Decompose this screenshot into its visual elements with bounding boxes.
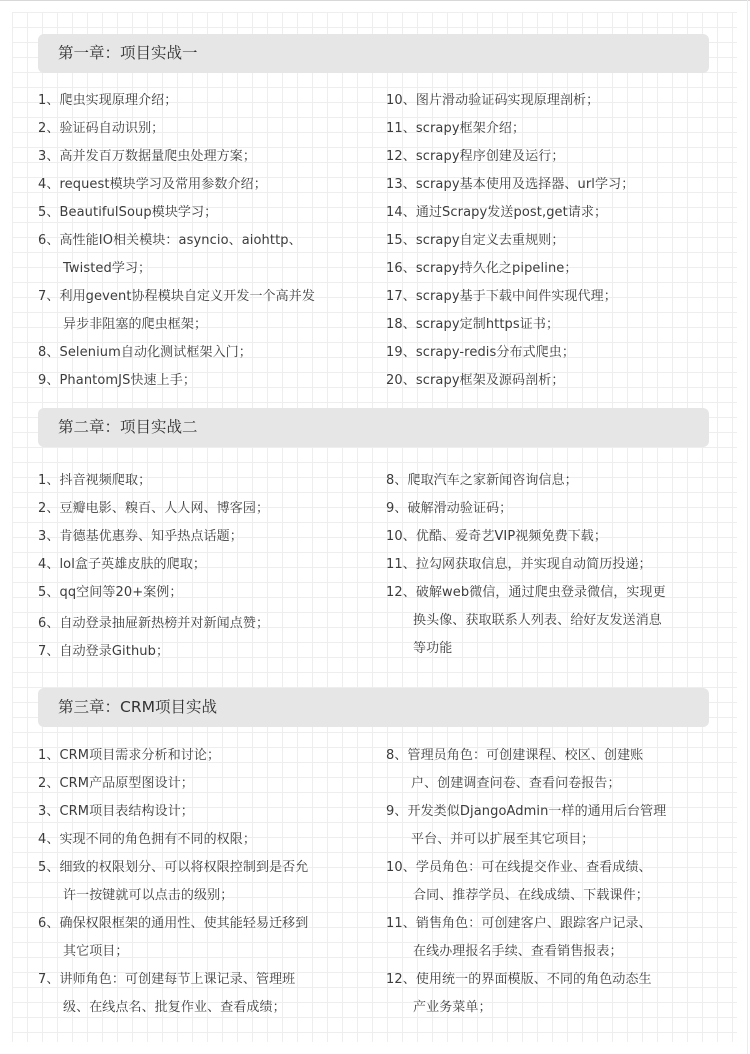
list-item: 3、高并发百万数据量爬虫处理方案；	[38, 143, 368, 171]
chapter-title: 第三章：CRM项目实战	[58, 688, 217, 727]
list-item: 3、肯德基优惠券、知乎热点话题；	[38, 523, 368, 551]
list-item: 2、CRM产品原型图设计；	[38, 770, 368, 798]
list-item: 8、Selenium自动化测试框架入门；	[38, 339, 368, 367]
chapter-2-header: 第二章：项目实战二	[38, 408, 709, 447]
chapter-title: 第一章：项目实战一	[58, 34, 198, 73]
list-item: 2、豆瓣电影、糗百、人人网、博客园；	[38, 495, 368, 523]
list-item: 11、拉勾网获取信息，并实现自动简历投递；	[386, 551, 716, 579]
list-item: 12、使用统一的界面模版、不同的角色动态生产业务菜单；	[386, 966, 716, 1022]
chapter-2-right-list: 8、爬取汽车之家新闻咨询信息； 9、破解滑动验证码； 10、优酷、爱奇艺VIP视…	[386, 467, 716, 663]
list-item: 12、scrapy程序创建及运行；	[386, 143, 716, 171]
list-item: 1、爬虫实现原理介绍；	[38, 87, 368, 115]
chapter-title: 第二章：项目实战二	[58, 408, 198, 447]
top-divider	[0, 0, 750, 1]
list-item: 6、自动登录抽屉新热榜并对新闻点赞；	[38, 610, 368, 638]
list-item: 5、BeautifulSoup模块学习；	[38, 199, 368, 227]
list-item: 5、qq空间等20+案例；	[38, 579, 368, 607]
list-item: 8、爬取汽车之家新闻咨询信息；	[386, 467, 716, 495]
list-item: 9、PhantomJS快速上手；	[38, 367, 368, 395]
list-item: 10、优酷、爱奇艺VIP视频免费下载；	[386, 523, 716, 551]
list-item: 19、scrapy-redis分布式爬虫；	[386, 339, 716, 367]
list-item: 13、scrapy基本使用及选择器、url学习；	[386, 171, 716, 199]
list-item: 17、scrapy基于下载中间件实现代理；	[386, 283, 716, 311]
list-item: 9、破解滑动验证码；	[386, 495, 716, 523]
list-item: 14、通过Scrapy发送post,get请求；	[386, 199, 716, 227]
list-item: 12、破解web微信，通过爬虫登录微信，实现更换头像、获取联系人列表、给好友发送…	[386, 579, 716, 663]
list-item: 4、lol盒子英雄皮肤的爬取；	[38, 551, 368, 579]
chapter-1-right-list: 10、图片滑动验证码实现原理剖析； 11、scrapy框架介绍； 12、scra…	[386, 87, 716, 395]
chapter-3-header: 第三章：CRM项目实战	[38, 688, 709, 727]
list-item: 5、细致的权限划分、可以将权限控制到是否允许一按键就可以点击的级别；	[38, 854, 368, 910]
list-item: 6、高性能IO相关模块：asyncio、aiohttp、Twisted学习；	[38, 227, 368, 283]
list-item: 4、request模块学习及常用参数介绍；	[38, 171, 368, 199]
list-item: 7、自动登录Github；	[38, 638, 368, 666]
list-item: 9、开发类似DjangoAdmin一样的通用后台管理平台、并可以扩展至其它项目；	[386, 798, 716, 854]
list-item: 10、学员角色：可在线提交作业、查看成绩、合同、推荐学员、在线成绩、下载课件；	[386, 854, 716, 910]
chapter-3-left-list: 1、CRM项目需求分析和讨论； 2、CRM产品原型图设计； 3、CRM项目表结构…	[38, 742, 368, 1022]
list-item: 1、CRM项目需求分析和讨论；	[38, 742, 368, 770]
chapter-3-right-list: 8、管理员角色：可创建课程、校区、创建账户、创建调查问卷、查看问卷报告； 9、开…	[386, 742, 716, 1022]
list-item: 20、scrapy框架及源码剖析；	[386, 367, 716, 395]
list-item: 15、scrapy自定义去重规则；	[386, 227, 716, 255]
list-item: 10、图片滑动验证码实现原理剖析；	[386, 87, 716, 115]
right-divider	[747, 0, 748, 1054]
list-item: 4、实现不同的角色拥有不同的权限；	[38, 826, 368, 854]
list-item: 18、scrapy定制https证书；	[386, 311, 716, 339]
chapter-1-left-list: 1、爬虫实现原理介绍； 2、验证码自动识别； 3、高并发百万数据量爬虫处理方案；…	[38, 87, 368, 395]
list-item: 6、确保权限框架的通用性、使其能轻易迁移到其它项目；	[38, 910, 368, 966]
list-item: 16、scrapy持久化之pipeline；	[386, 255, 716, 283]
list-item: 11、scrapy框架介绍；	[386, 115, 716, 143]
chapter-1-header: 第一章：项目实战一	[38, 34, 709, 73]
list-item: 11、销售角色：可创建客户、跟踪客户记录、在线办理报名手续、查看销售报表；	[386, 910, 716, 966]
list-item: 7、利用gevent协程模块自定义开发一个高并发异步非阻塞的爬虫框架；	[38, 283, 368, 339]
list-item: 3、CRM项目表结构设计；	[38, 798, 368, 826]
list-item: 7、讲师角色：可创建每节上课记录、管理班级、在线点名、批复作业、查看成绩；	[38, 966, 368, 1022]
chapter-2-left-list: 1、抖音视频爬取； 2、豆瓣电影、糗百、人人网、博客园； 3、肯德基优惠券、知乎…	[38, 467, 368, 666]
list-item: 2、验证码自动识别；	[38, 115, 368, 143]
list-item: 1、抖音视频爬取；	[38, 467, 368, 495]
list-item: 8、管理员角色：可创建课程、校区、创建账户、创建调查问卷、查看问卷报告；	[386, 742, 716, 798]
